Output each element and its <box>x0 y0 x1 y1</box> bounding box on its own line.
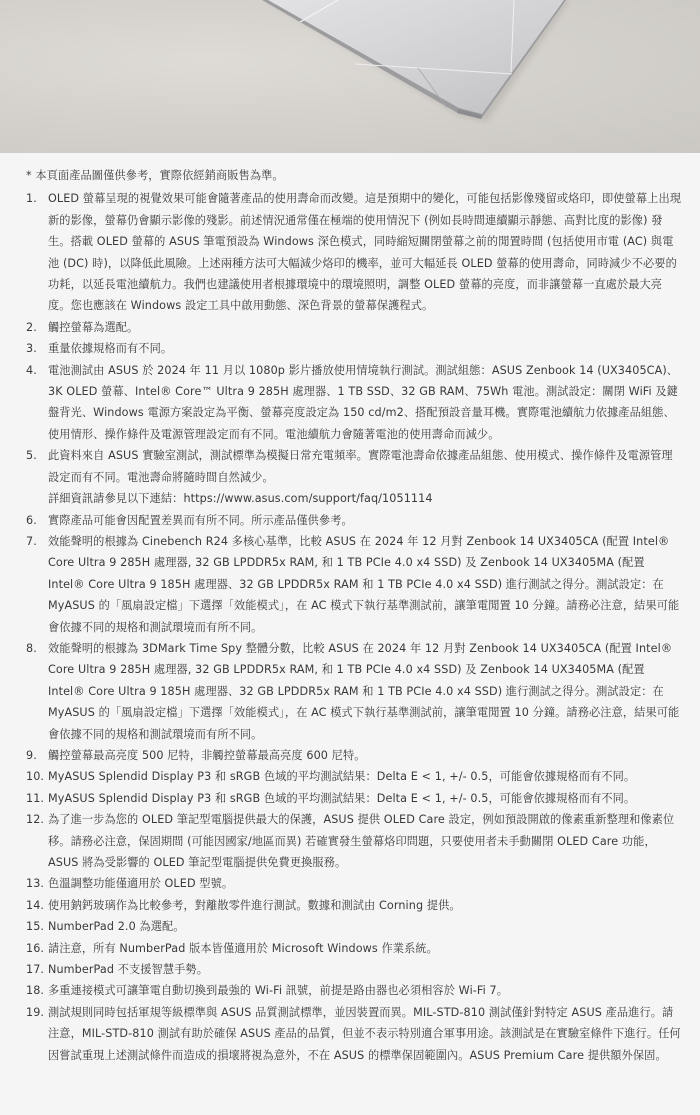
footnote-number: 14. <box>26 895 44 916</box>
footnote-number: 13. <box>26 873 44 894</box>
laptop-image <box>0 0 700 153</box>
footnote-item: 15.NumberPad 2.0 為選配。 <box>26 916 682 937</box>
footnote-text: 使用鈉鈣玻璃作為比較參考，對離散零件進行測試。數據和測試由 Corning 提供… <box>48 899 461 912</box>
footnote-text: 電池測試由 ASUS 於 2024 年 11 月以 1080p 影片播放使用情境… <box>48 364 678 441</box>
footnote-number: 7. <box>26 531 37 552</box>
footnote-item: 4.電池測試由 ASUS 於 2024 年 11 月以 1080p 影片播放使用… <box>26 360 682 446</box>
footnote-item: 5.此資料來自 ASUS 實驗室測試，測試標準為模擬日常充電頻率。實際電池壽命依… <box>26 445 682 509</box>
footnote-number: 2. <box>26 317 37 338</box>
footnote-item: 2.觸控螢幕為選配。 <box>26 317 682 338</box>
footnote-number: 19. <box>26 1002 44 1023</box>
footnote-item: 10.MyASUS Splendid Display P3 和 sRGB 色域的… <box>26 766 682 787</box>
footnote-number: 5. <box>26 445 37 466</box>
footnote-text: 重量依據規格而有不同。 <box>48 342 172 355</box>
footnote-number: 1. <box>26 188 37 209</box>
footnote-number: 12. <box>26 809 44 830</box>
footnote-text: 效能聲明的根據為 Cinebench R24 多核心基準，比較 ASUS 在 2… <box>48 535 679 634</box>
footnote-number: 4. <box>26 360 37 381</box>
footnote-item: 19.測試規則同時包括軍規等級標準與 ASUS 品質測試標準，並因裝置而異。MI… <box>26 1002 682 1066</box>
footnote-list: 1.OLED 螢幕呈現的視覺效果可能會隨著產品的使用壽命而改變。這是預期中的變化… <box>26 188 682 1066</box>
footnote-text: OLED 螢幕呈現的視覺效果可能會隨著產品的使用壽命而改變。這是預期中的變化，可… <box>48 192 681 312</box>
footnote-item: 12.為了進一步為您的 OLED 筆記型電腦提供最大的保護，ASUS 提供 OL… <box>26 809 682 873</box>
footnote-text: 為了進一步為您的 OLED 筆記型電腦提供最大的保護，ASUS 提供 OLED … <box>48 813 674 869</box>
footnote-number: 9. <box>26 745 37 766</box>
faq-link-text[interactable]: 詳細資訊請參見以下連結：https://www.asus.com/support… <box>48 488 682 509</box>
footnote-text: 實際產品可能會因配置差異而有所不同。所示產品僅供參考。 <box>48 514 353 527</box>
footnote-item: 11.MyASUS Splendid Display P3 和 sRGB 色域的… <box>26 788 682 809</box>
footnote-text: NumberPad 2.0 為選配。 <box>48 920 185 933</box>
footnote-text: 觸控螢幕為選配。 <box>48 321 138 334</box>
footnotes-section: * 本頁面產品圖僅供參考，實際依經銷商販售為準。 1.OLED 螢幕呈現的視覺效… <box>0 153 700 1066</box>
footnote-number: 16. <box>26 938 44 959</box>
footnote-item: 16.請注意，所有 NumberPad 版本皆僅適用於 Microsoft Wi… <box>26 938 682 959</box>
footnote-text: 此資料來自 ASUS 實驗室測試，測試標準為模擬日常充電頻率。實際電池壽命依據產… <box>48 449 673 483</box>
footnote-text: 觸控螢幕最高亮度 500 尼特，非觸控螢幕最高亮度 600 尼特。 <box>48 749 366 762</box>
footnote-number: 18. <box>26 980 44 1001</box>
footnote-number: 6. <box>26 510 37 531</box>
hero-product-image <box>0 0 700 153</box>
footnote-item: 7.效能聲明的根據為 Cinebench R24 多核心基準，比較 ASUS 在… <box>26 531 682 638</box>
footnote-text: 效能聲明的根據為 3DMark Time Spy 整體分數，比較 ASUS 在 … <box>48 642 679 741</box>
footnote-number: 3. <box>26 338 37 359</box>
footnote-text: 測試規則同時包括軍規等級標準與 ASUS 品質測試標準，並因裝置而異。MIL-S… <box>48 1006 681 1062</box>
footnote-number: 17. <box>26 959 44 980</box>
footnote-text: MyASUS Splendid Display P3 和 sRGB 色域的平均測… <box>48 792 635 805</box>
footnote-number: 11. <box>26 788 44 809</box>
footnote-text: 色溫調整功能僅適用於 OLED 型號。 <box>48 877 233 890</box>
image-disclaimer: * 本頁面產品圖僅供參考，實際依經銷商販售為準。 <box>26 165 682 186</box>
footnote-item: 17.NumberPad 不支援智慧手勢。 <box>26 959 682 980</box>
footnote-item: 1.OLED 螢幕呈現的視覺效果可能會隨著產品的使用壽命而改變。這是預期中的變化… <box>26 188 682 316</box>
footnote-item: 18.多重連接模式可讓筆電自動切換到最強的 Wi-Fi 訊號，前提是路由器也必須… <box>26 980 682 1001</box>
footnote-text: 多重連接模式可讓筆電自動切換到最強的 Wi-Fi 訊號，前提是路由器也必須相容於… <box>48 984 508 997</box>
footnote-item: 8.效能聲明的根據為 3DMark Time Spy 整體分數，比較 ASUS … <box>26 638 682 745</box>
footnote-item: 14.使用鈉鈣玻璃作為比較參考，對離散零件進行測試。數據和測試由 Corning… <box>26 895 682 916</box>
footnote-number: 15. <box>26 916 44 937</box>
footnote-number: 8. <box>26 638 37 659</box>
footnote-text: 請注意，所有 NumberPad 版本皆僅適用於 Microsoft Windo… <box>48 942 438 955</box>
footnote-number: 10. <box>26 766 44 787</box>
footnote-text: MyASUS Splendid Display P3 和 sRGB 色域的平均測… <box>48 770 635 783</box>
footnote-text: NumberPad 不支援智慧手勢。 <box>48 963 208 976</box>
footnote-item: 3.重量依據規格而有不同。 <box>26 338 682 359</box>
footnote-item: 6.實際產品可能會因配置差異而有所不同。所示產品僅供參考。 <box>26 510 682 531</box>
footnote-item: 13.色溫調整功能僅適用於 OLED 型號。 <box>26 873 682 894</box>
footnote-item: 9.觸控螢幕最高亮度 500 尼特，非觸控螢幕最高亮度 600 尼特。 <box>26 745 682 766</box>
